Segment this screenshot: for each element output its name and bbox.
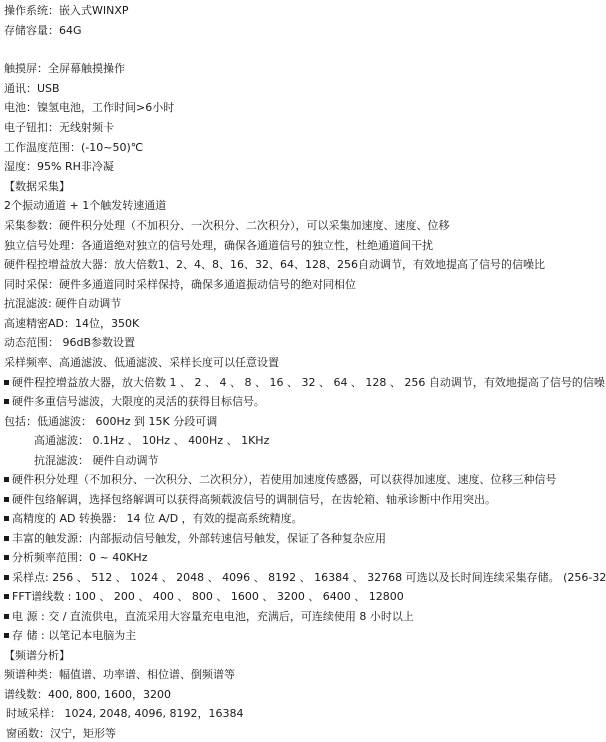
spec-line: FFT谱线数 : 100 、 200 、 400 、 800 、 1600 、 … <box>4 590 404 604</box>
spec-line: 工作温度范围：(-10~50)℃ <box>4 141 143 155</box>
spec-line: 电子钮扣：无线射频卡 <box>4 121 114 135</box>
spec-line: 硬件包络解调，选择包络解调可以获得高频载波信号的调制信号，在齿轮箱、轴承诊断中作… <box>4 493 496 507</box>
spec-line: 电 源 : 交 / 直流供电，直流采用大容量充电电池，充满后，可连续使用 8 小… <box>4 610 414 624</box>
spec-line: 采集参数：硬件积分处理（不加积分、一次积分、二次积分），可以采集加速度、速度、位… <box>4 219 450 233</box>
spec-line: 硬件程控增益放大器：放大倍数1、2、4、8、16、32、64、128、256自动… <box>4 258 545 272</box>
spec-line: 频谱种类：幅值谱、功率谱、相位谱、倒频谱等 <box>4 668 235 682</box>
spec-line: 窗函数：汉宁，矩形等 <box>6 727 116 741</box>
spec-line: 存储容量：64G <box>4 24 82 38</box>
spec-line: 触摸屏：全屏幕触摸操作 <box>4 62 125 76</box>
section-heading: 【数据采集】 <box>4 180 70 194</box>
spec-line: 抗混滤波： 硬件自动调节 <box>34 454 159 468</box>
spec-line: 2个振动通道 + 1个触发转速通道 <box>4 199 166 213</box>
spec-line: 电池：镍氢电池，工作时间>6小时 <box>4 101 174 115</box>
spec-line: 湿度：95% RH非冷凝 <box>4 160 114 174</box>
spec-line: 存 储 : 以笔记本电脑为主 <box>4 629 136 643</box>
section-heading: 【频谱分析】 <box>4 649 70 663</box>
spec-line: 操作系统：嵌入式WINXP <box>4 4 129 18</box>
spec-line: 通讯：USB <box>4 82 60 96</box>
spec-line: 分析频率范围：0 ~ 40KHz <box>4 551 147 565</box>
spec-line: 硬件多重信号滤波，大限度的灵活的获得目标信号。 <box>4 395 265 409</box>
spec-line: 高速精密AD：14位，350K <box>4 317 139 331</box>
spec-line: 采样点: 256 、 512 、 1024 、 2048 、 4096 、 81… <box>4 571 606 585</box>
spec-line: 同时采保：硬件多通道同时采样保持，确保多通道振动信号的绝对同相位 <box>4 278 356 292</box>
spec-line: 包括：低通滤波： 600Hz 到 15K 分段可调 <box>4 415 217 429</box>
spec-line: 采样频率、高通滤波、低通滤波、采样长度可以任意设置 <box>4 356 279 370</box>
spec-line: 硬件积分处理（不加积分、一次积分、二次积分），若使用加速度传感器，可以获得加速度… <box>4 473 557 487</box>
spec-line: 抗混滤波: 硬件自动调节 <box>4 297 121 311</box>
spec-line: 高通滤波： 0.1Hz 、 10Hz 、 400Hz 、 1KHz <box>34 434 269 448</box>
spec-line: 时域采样： 1024, 2048, 4096, 8192，16384 <box>6 707 243 721</box>
spec-line: 高精度的 AD 转换器： 14 位 A/D ，有效的提高系统精度。 <box>4 512 303 526</box>
spec-line: 独立信号处理：各通道绝对独立的信号处理，确保各通道信号的独立性，杜绝通道间干扰 <box>4 239 433 253</box>
spec-line: 丰富的触发源：内部振动信号触发，外部转速信号触发，保证了各种复杂应用 <box>4 532 386 546</box>
spec-line: 动态范围： 96dB参数设置 <box>4 336 135 350</box>
spec-line: 谱线数：400, 800, 1600，3200 <box>4 688 171 702</box>
spec-line: 硬件程控增益放大器，放大倍数 1 、 2 、 4 、 8 、 16 、 32 、… <box>4 376 606 390</box>
